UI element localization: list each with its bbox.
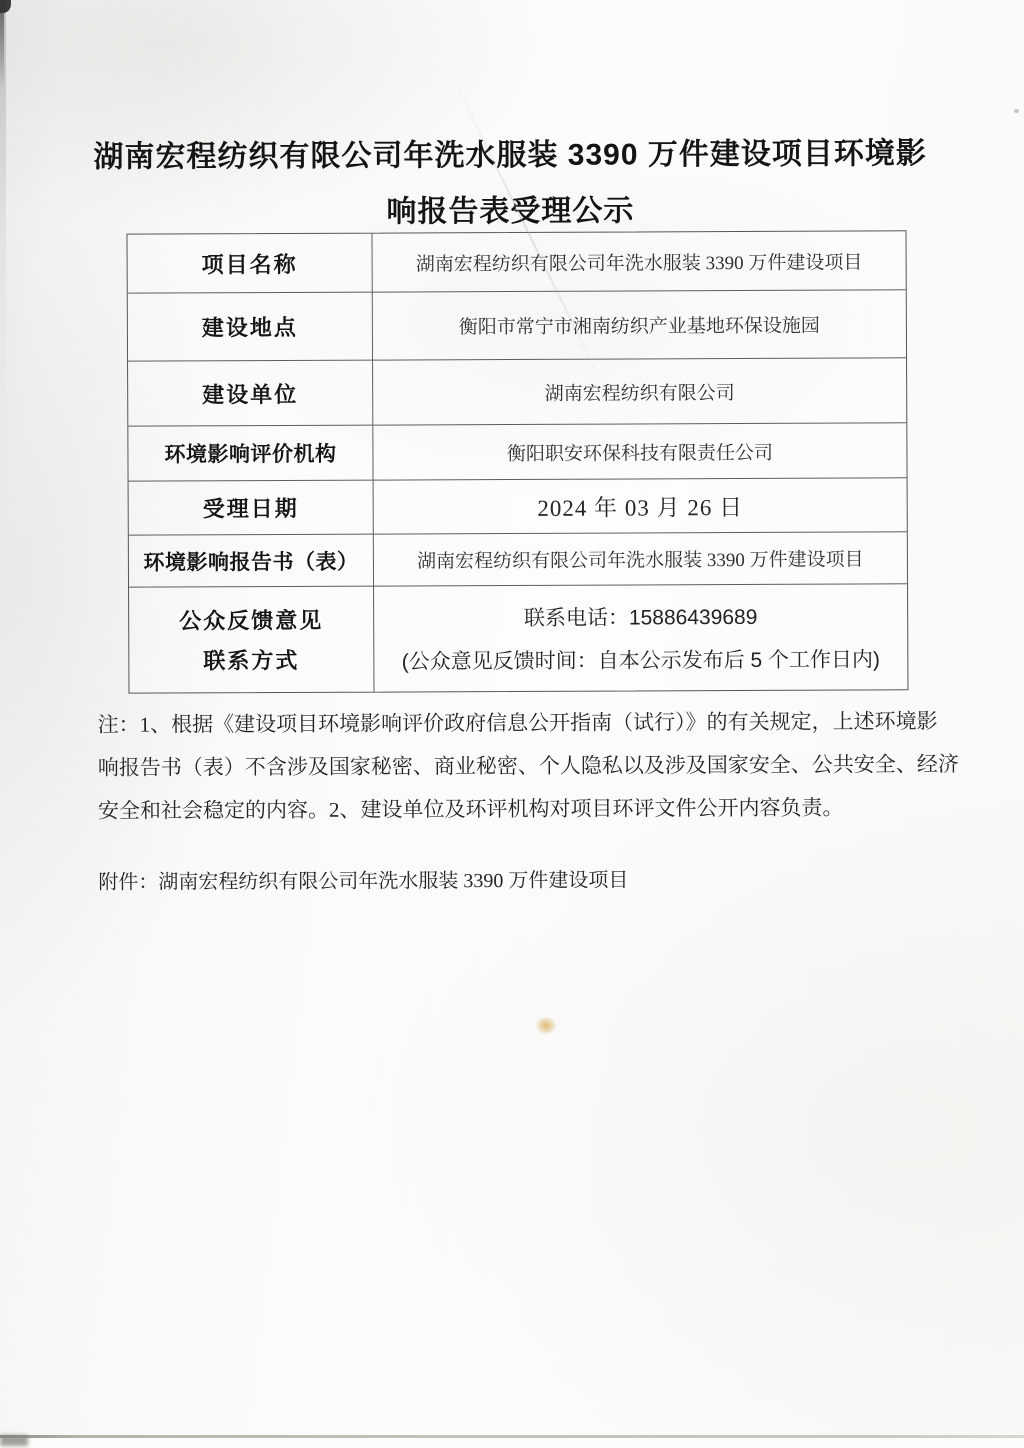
scanned-document-page: 湖南宏程纺织有限公司年洗水服装 3390 万件建设项目环境影 响报告表受理公示 … (0, 0, 1024, 1448)
value-cell-acceptance-date: 2024 年 03 月 26 日 (373, 477, 907, 533)
note-line-2: 响报告书（表）不含涉及国家秘密、商业秘密、个人隐私以及涉及国家安全、公共安全、经… (98, 743, 938, 790)
label-cell-eia-report: 环境影响报告书（表） (129, 534, 373, 587)
contact-phone-line: 联系电话：15886439689 (524, 601, 758, 632)
value-cell-eia-agency: 衡阳职安环保科技有限责任公司 (372, 422, 906, 479)
value-cell-construction-unit: 湖南宏程纺织有限公司 (372, 357, 906, 424)
value-cell-public-feedback: 联系电话：15886439689 (公众意见反馈时间：自本公示发布后 5 个工作… (373, 583, 907, 691)
bottom-corner-shadow (0, 1435, 28, 1446)
info-table: 项目名称 湖南宏程纺织有限公司年洗水服装 3390 万件建设项目 建设地点 衡阳… (126, 230, 908, 693)
label-cell-public-feedback: 公众反馈意见 联系方式 (129, 586, 373, 693)
label-cell-eia-agency: 环境影响评价机构 (128, 425, 372, 481)
note-line-1: 注：1、根据《建设项目环境影响评价政府信息公开指南（试行）》的有关规定，上述环境… (98, 700, 938, 747)
label-cell-acceptance-date: 受理日期 (129, 480, 373, 535)
label-cell-construction-site: 建设地点 (128, 292, 372, 361)
attachment-line: 附件：湖南宏程纺织有限公司年洗水服装 3390 万件建设项目 (98, 863, 628, 894)
scanner-bed-strip (0, 1438, 1024, 1448)
label-cell-project-name: 项目名称 (127, 234, 371, 293)
value-cell-project-name: 湖南宏程纺织有限公司年洗水服装 3390 万件建设项目 (371, 231, 905, 291)
value-cell-eia-report: 湖南宏程纺织有限公司年洗水服装 3390 万件建设项目 (373, 531, 907, 585)
scan-corner-streak (0, 13, 4, 91)
note-line-3: 安全和社会稳定的内容。2、建设单位及环评机构对项目环评文件公开内容负责。 (98, 786, 938, 833)
feedback-period-line: (公众意见反馈时间：自本公示发布后 5 个工作日内) (402, 643, 880, 675)
paper-stain-mark (536, 1017, 556, 1034)
value-cell-construction-site: 衡阳市常宁市湘南纺织产业基地环保设施园 (372, 289, 906, 359)
scan-speck-right (1014, 109, 1019, 113)
document-content: 湖南宏程纺织有限公司年洗水服装 3390 万件建设项目环境影 响报告表受理公示 … (0, 0, 1024, 1448)
label-public-feedback-line-1: 公众反馈意见 (179, 604, 323, 636)
label-cell-construction-unit: 建设单位 (128, 360, 372, 426)
note-paragraph: 注：1、根据《建设项目环境影响评价政府信息公开指南（试行）》的有关规定，上述环境… (98, 700, 939, 833)
label-public-feedback-line-2: 联系方式 (203, 644, 299, 675)
page-title: 湖南宏程纺织有限公司年洗水服装 3390 万件建设项目环境影 响报告表受理公示 (0, 126, 1023, 242)
page-title-line-1: 湖南宏程纺织有限公司年洗水服装 3390 万件建设项目环境影 (0, 126, 1022, 186)
